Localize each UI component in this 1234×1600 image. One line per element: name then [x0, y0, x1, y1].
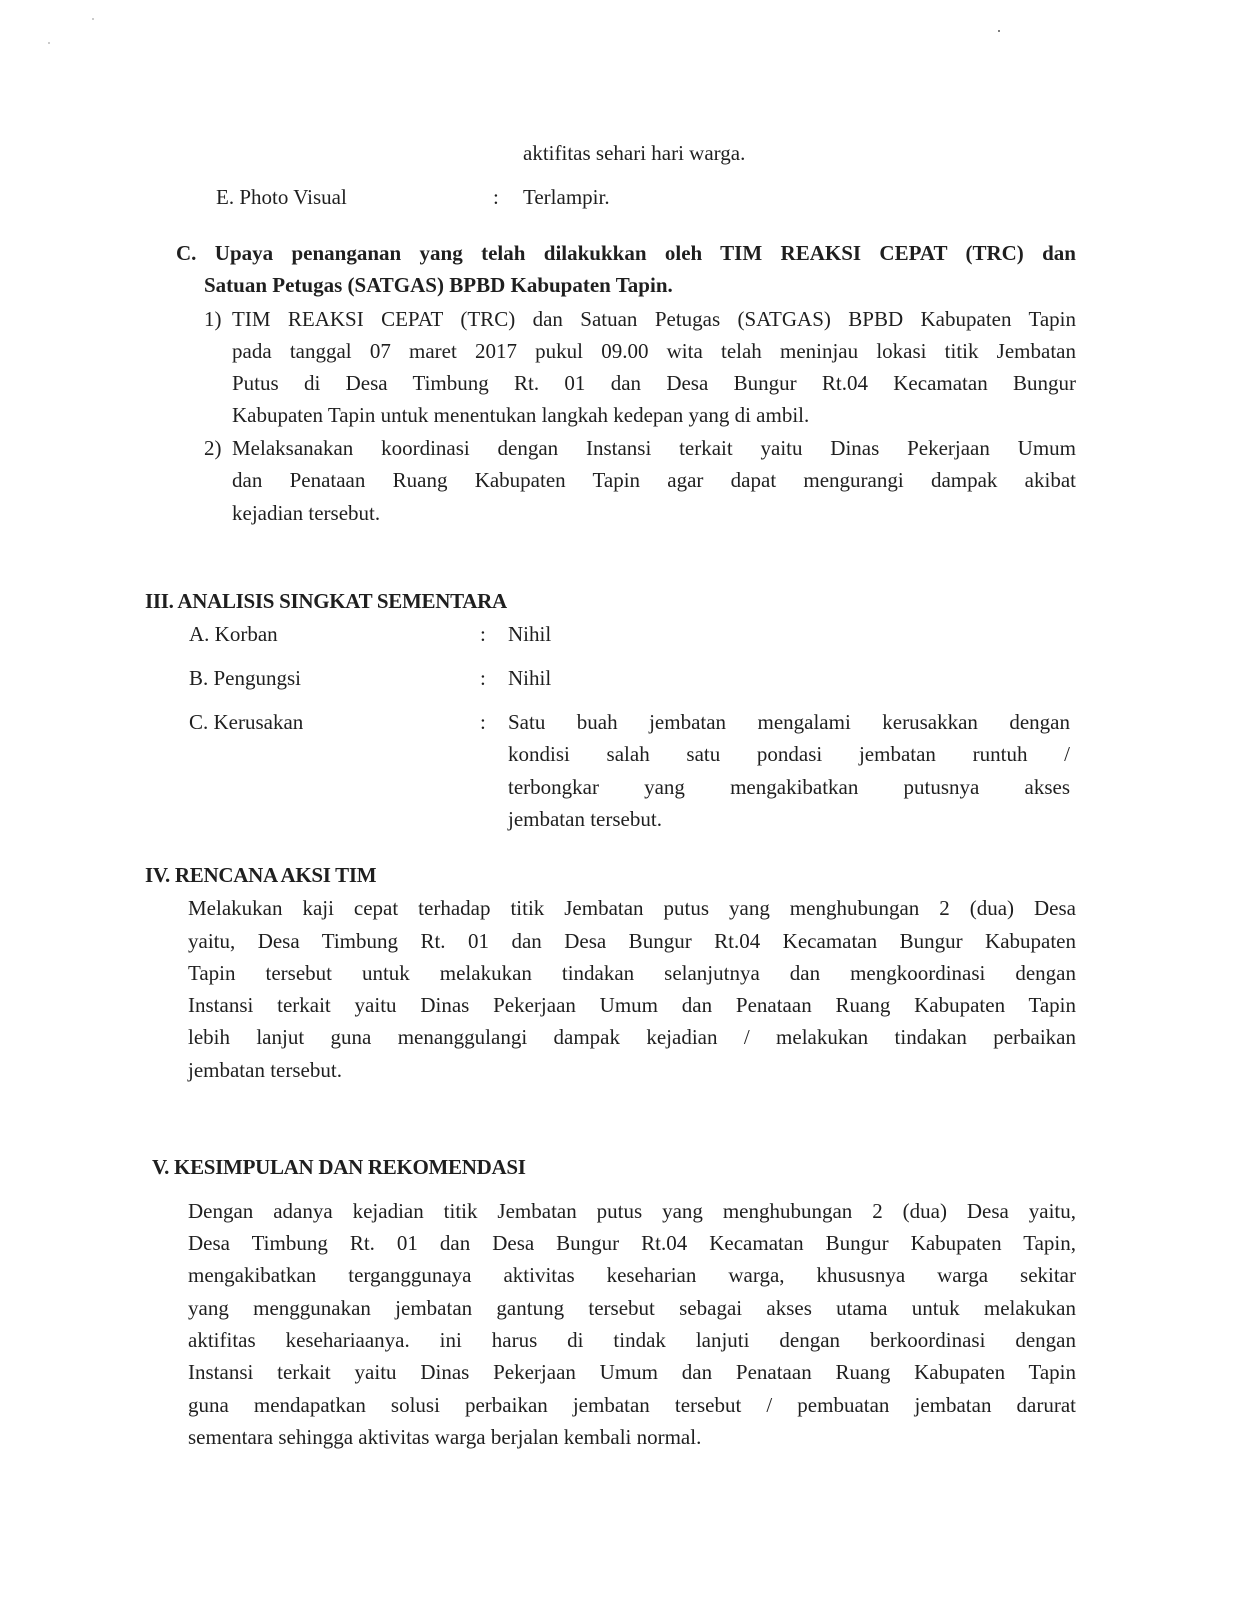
item-2-line: Melaksanakan koordinasi dengan Instansi … — [232, 436, 1076, 461]
section-v-line: aktifitas kesehariaanya. ini harus di ti… — [188, 1328, 1076, 1353]
section-iv-line: yaitu, Desa Timbung Rt. 01 dan Desa Bung… — [188, 929, 1076, 954]
item-number: 1) — [204, 307, 222, 332]
section-v-line: sementara sehingga aktivitas warga berja… — [188, 1425, 701, 1450]
section-iii-heading: III. ANALISIS SINGKAT SEMENTARA — [145, 589, 507, 614]
kerusakan-label: C. Kerusakan — [189, 710, 303, 735]
section-v-line: Dengan adanya kejadian titik Jembatan pu… — [188, 1199, 1076, 1224]
item-1-line: pada tanggal 07 maret 2017 pukul 09.00 w… — [232, 339, 1076, 364]
continuation-text: aktifitas sehari hari warga. — [523, 141, 745, 166]
kerusakan-value-line: kondisi salah satu pondasi jembatan runt… — [508, 742, 1070, 767]
item-1-line: Kabupaten Tapin untuk menentukan langkah… — [232, 403, 809, 428]
section-v-line: guna mendapatkan solusi perbaikan jembat… — [188, 1393, 1076, 1418]
section-v-heading: V. KESIMPULAN DAN REKOMENDASI — [152, 1155, 526, 1180]
item-2-line: kejadian tersebut. — [232, 501, 380, 526]
item-1-line: TIM REAKSI CEPAT (TRC) dan Satuan Petuga… — [232, 307, 1076, 332]
section-iv-line: lebih lanjut guna menanggulangi dampak k… — [188, 1025, 1076, 1050]
section-v-line: Instansi terkait yaitu Dinas Pekerjaan U… — [188, 1360, 1076, 1385]
item-number: 2) — [204, 436, 222, 461]
section-v-line: Desa Timbung Rt. 01 dan Desa Bungur Rt.0… — [188, 1231, 1076, 1256]
section-c-heading: C. Upaya penanganan yang telah dilakukka… — [176, 241, 1076, 266]
korban-value: Nihil — [508, 622, 551, 647]
pengungsi-colon: : — [480, 666, 486, 691]
section-iv-heading: IV. RENCANA AKSI TIM — [145, 863, 376, 888]
photo-visual-colon: : — [493, 185, 499, 210]
kerusakan-value-line: terbongkar yang mengakibatkan putusnya a… — [508, 775, 1070, 800]
scan-speck — [998, 30, 1000, 32]
section-iv-line: Tapin tersebut untuk melakukan tindakan … — [188, 961, 1076, 986]
scan-speck — [92, 18, 94, 20]
document-page: aktifitas sehari hari warga. E. Photo Vi… — [0, 0, 1234, 1600]
item-1-line: Putus di Desa Timbung Rt. 01 dan Desa Bu… — [232, 371, 1076, 396]
section-iv-line: Instansi terkait yaitu Dinas Pekerjaan U… — [188, 993, 1076, 1018]
section-c-heading-cont: Satuan Petugas (SATGAS) BPBD Kabupaten T… — [204, 273, 673, 298]
section-iv-line: jembatan tersebut. — [188, 1058, 342, 1083]
section-iv-line: Melakukan kaji cepat terhadap titik Jemb… — [188, 896, 1076, 921]
scan-speck — [48, 42, 50, 44]
korban-colon: : — [480, 622, 486, 647]
section-v-line: yang menggunakan jembatan gantung terseb… — [188, 1296, 1076, 1321]
kerusakan-colon: : — [480, 710, 486, 735]
section-v-line: mengakibatkan terganggunaya aktivitas ke… — [188, 1263, 1076, 1288]
pengungsi-value: Nihil — [508, 666, 551, 691]
photo-visual-label: E. Photo Visual — [216, 185, 347, 210]
photo-visual-value: Terlampir. — [523, 185, 610, 210]
pengungsi-label: B. Pengungsi — [189, 666, 301, 691]
item-2-line: dan Penataan Ruang Kabupaten Tapin agar … — [232, 468, 1076, 493]
korban-label: A. Korban — [189, 622, 278, 647]
kerusakan-value-line: Satu buah jembatan mengalami kerusakkan … — [508, 710, 1070, 735]
kerusakan-value-line: jembatan tersebut. — [508, 807, 662, 832]
